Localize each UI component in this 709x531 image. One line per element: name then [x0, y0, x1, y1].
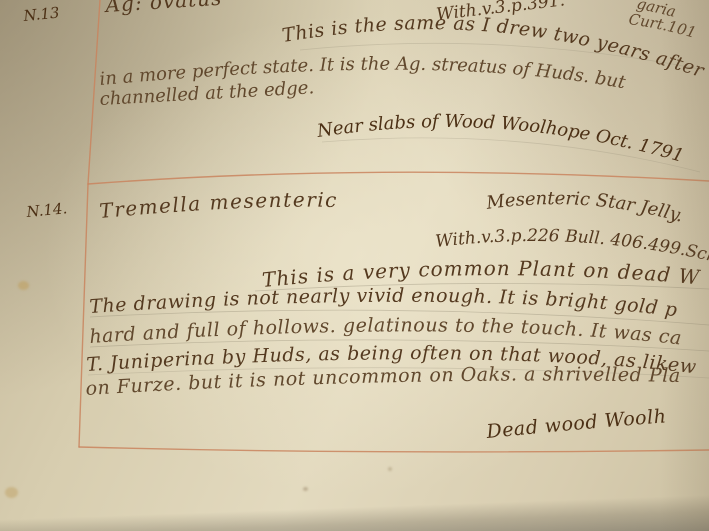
- entry13-margin-rule: [88, 0, 100, 184]
- handwriting-layer: N.13 Ag: ovatus With.v.3.p.391. garia Cu…: [0, 0, 709, 443]
- foxing-spot: [303, 487, 308, 491]
- entry14-common-name: Mesenteric Star Jelly.: [484, 188, 685, 227]
- entry14-margin-rule: [79, 184, 88, 447]
- manuscript-photo: N.13 Ag: ovatus With.v.3.p.391. garia Cu…: [0, 0, 709, 531]
- entry-13: N.13 Ag: ovatus With.v.3.p.391. garia Cu…: [22, 0, 708, 167]
- entry14-margin-label: N.14.: [25, 199, 68, 221]
- entry13-species-heading: Ag: ovatus: [103, 0, 223, 17]
- entry13-margin-label: N.13: [22, 4, 61, 26]
- foxing-spot: [388, 467, 392, 471]
- entry-separator-rule: [88, 172, 709, 184]
- entry14-bottom-rule: [79, 447, 709, 452]
- foxing-spot: [18, 281, 29, 290]
- manuscript-svg: N.13 Ag: ovatus With.v.3.p.391. garia Cu…: [0, 0, 709, 531]
- entry14-provenance: Dead wood Woolh: [485, 405, 668, 443]
- foxing-spot: [5, 487, 18, 498]
